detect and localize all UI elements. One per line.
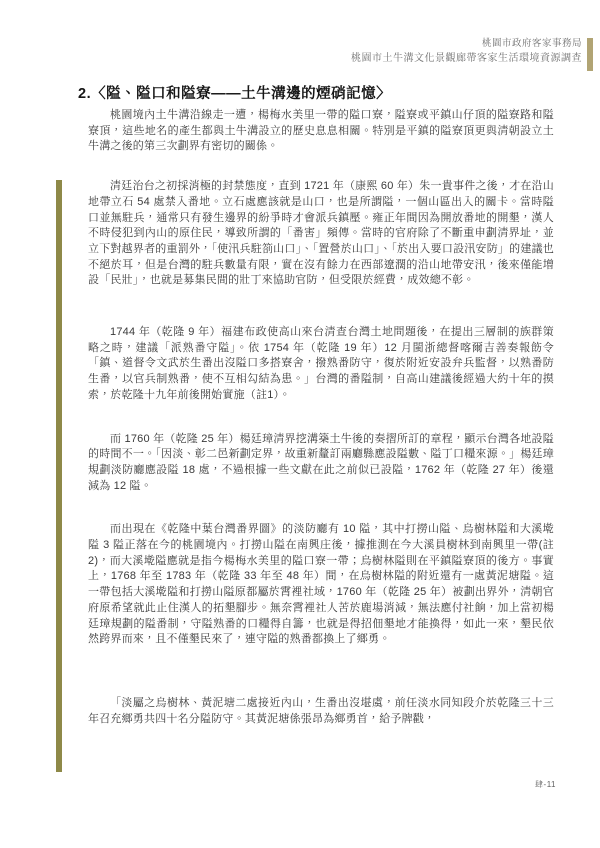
section-heading: 2.〈隘、隘口和隘寮——土牛溝邊的煙硝記憶〉 <box>78 82 558 103</box>
page-header: 桃園市政府客家事務局 桃園市土牛溝文化景觀廊帶客家生活環境資源調查 <box>351 36 582 67</box>
header-project-title: 桃園市土牛溝文化景觀廊帶客家生活環境資源調查 <box>351 51 582 67</box>
header-accent-bar <box>587 38 593 71</box>
paragraph: 「淡屬之烏樹林、黃泥塘二處接近內山，生番出沒堪虞，前任淡水同知段介於乾隆三十三年… <box>88 696 554 727</box>
paragraph: 清廷治台之初採消極的封禁態度，直到 1721 年（康熙 60 年）朱一貴事件之後… <box>88 179 554 289</box>
paragraph: 1744 年（乾隆 9 年）福建布政使高山來台清查台灣土地問題後，在提出三層制的… <box>88 325 554 404</box>
paragraph: 桃園境內土牛溝沿線走一遭，楊梅水美里一帶的隘口寮，隘寮或平鎮山仔頂的隘寮路和隘寮… <box>88 108 554 155</box>
paragraph: 而 1760 年（乾隆 25 年）楊廷璋清界挖溝築土牛後的奏摺所訂的章程，顯示台… <box>88 432 554 495</box>
body-text-column: 桃園境內土牛溝沿線走一遭，楊梅水美里一帶的隘口寮，隘寮或平鎮山仔頂的隘寮路和隘寮… <box>88 104 554 727</box>
document-page: 桃園市政府客家事務局 桃園市土牛溝文化景觀廊帶客家生活環境資源調查 2.〈隘、隘… <box>0 0 600 848</box>
left-accent-bar <box>56 180 62 772</box>
paragraph: 而出現在《乾隆中葉台灣番界圖》的淡防廳有 10 隘，其中打撈山隘、烏樹林隘和大溪… <box>88 522 554 648</box>
page-number: 肆-11 <box>535 779 556 790</box>
header-agency: 桃園市政府客家事務局 <box>482 36 582 51</box>
